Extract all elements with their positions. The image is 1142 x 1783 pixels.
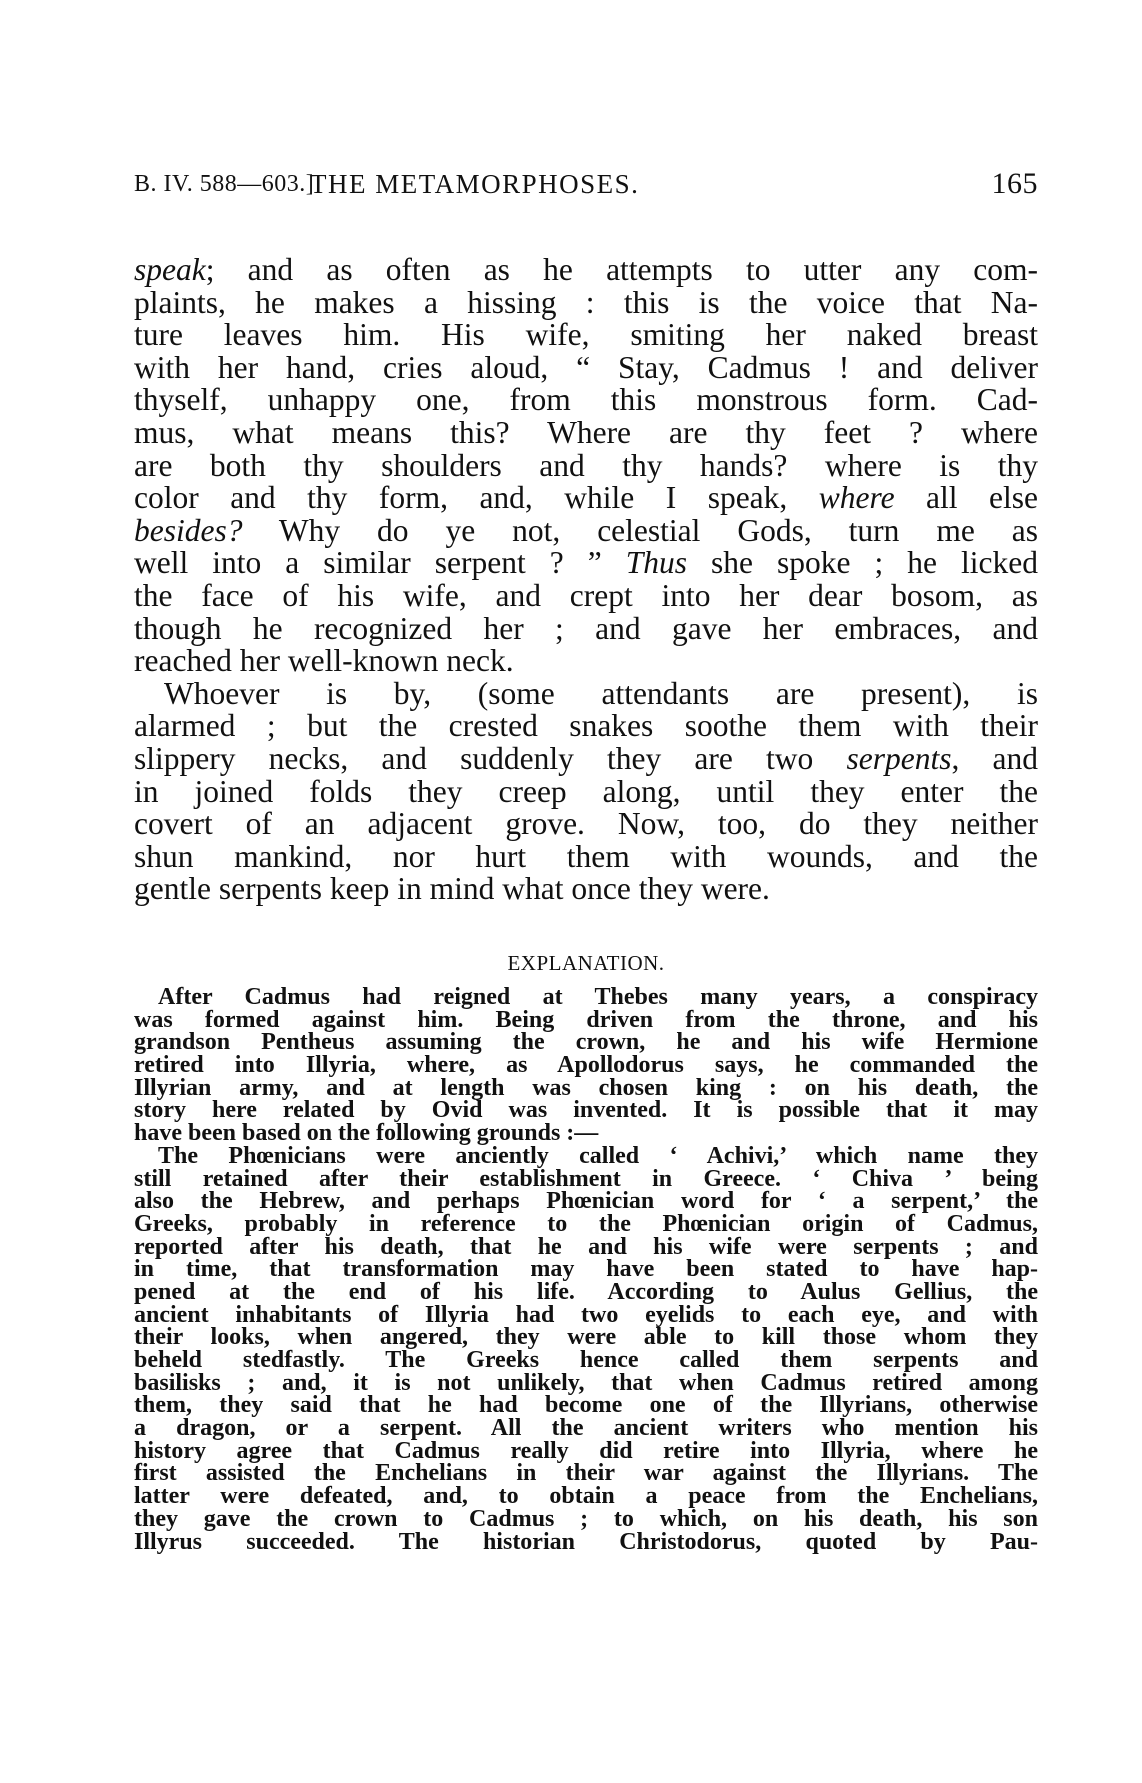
translation-text: speak; and as often as he attempts to ut… [134, 254, 1038, 906]
text-run: she spoke ; he licked [687, 545, 1038, 580]
text-line: have been based on the following grounds… [134, 1122, 1038, 1145]
text-run: mus, what means this? Where are thy feet… [134, 415, 1038, 450]
text-line: After Cadmus had reigned at Thebes many … [134, 986, 1038, 1009]
text-run: color and thy form, and, while I speak, [134, 480, 819, 515]
text-run: with her hand, cries aloud, “ Stay, Cadm… [134, 350, 1038, 385]
section-heading: EXPLANATION. [134, 949, 1038, 977]
text-run: alarmed ; but the crested snakes soothe … [134, 708, 1038, 743]
italic-text: besides? [134, 513, 242, 548]
italic-text: speak [134, 252, 206, 287]
text-run: ture leaves him. His wife, smiting her n… [134, 317, 1038, 352]
text-line: Illyrian army, and at length was chosen … [134, 1077, 1038, 1100]
text-run: reached her well-known neck. [134, 643, 514, 678]
text-line: though he recognized her ; and gave her … [134, 613, 1038, 646]
text-line: beheld stedfastly. The Greeks hence call… [134, 1349, 1038, 1372]
text-run: plaints, he makes a hissing : this is th… [134, 285, 1038, 320]
text-run: the face of his wife, and crept into her… [134, 578, 1038, 613]
text-line: grandson Pentheus assuming the crown, he… [134, 1031, 1038, 1054]
text-line: with her hand, cries aloud, “ Stay, Cadm… [134, 352, 1038, 385]
italic-text: serpents [846, 741, 951, 776]
book-line-reference: B. IV. 588—603.] [134, 164, 314, 204]
text-line: shun mankind, nor hurt them with wounds,… [134, 841, 1038, 874]
text-line: color and thy form, and, while I speak, … [134, 482, 1038, 515]
text-line: slippery necks, and suddenly they are tw… [134, 743, 1038, 776]
text-line: are both thy shoulders and thy hands? wh… [134, 450, 1038, 483]
text-line: ture leaves him. His wife, smiting her n… [134, 319, 1038, 352]
running-header: B. IV. 588—603.] THE METAMORPHOSES. 165 [134, 164, 1038, 204]
text-line: retired into Illyria, where, as Apollodo… [134, 1054, 1038, 1077]
text-run: gentle serpents keep in mind what once t… [134, 871, 770, 906]
italic-text: Thus [626, 545, 687, 580]
text-line: them, they said that he had become one o… [134, 1394, 1038, 1417]
running-title: THE METAMORPHOSES. [310, 164, 639, 204]
text-line: reached her well-known neck. [134, 645, 1038, 678]
text-run: covert of an adjacent grove. Now, too, d… [134, 806, 1038, 841]
text-line: plaints, he makes a hissing : this is th… [134, 287, 1038, 320]
text-line: first assisted the Enchelians in their w… [134, 1462, 1038, 1485]
text-line: well into a similar serpent ? ” Thus she… [134, 547, 1038, 580]
text-run: all else [895, 480, 1038, 515]
text-line: alarmed ; but the crested snakes soothe … [134, 710, 1038, 743]
text-run: ; and as often as he attempts to utter a… [206, 252, 1038, 287]
text-run: though he recognized her ; and gave her … [134, 611, 1038, 646]
text-run: shun mankind, nor hurt them with wounds,… [134, 839, 1038, 874]
text-line: pened at the end of his life. According … [134, 1281, 1038, 1304]
book-page: B. IV. 588—603.] THE METAMORPHOSES. 165 … [0, 0, 1142, 1783]
text-run: , and [951, 741, 1038, 776]
page-number: 165 [992, 164, 1039, 204]
text-line: Illyrus succeeded. The historian Christo… [134, 1531, 1038, 1554]
text-line: Greeks, probably in reference to the Phœ… [134, 1213, 1038, 1236]
text-run: thyself, unhappy one, from this monstrou… [134, 382, 1038, 417]
text-run: Why do ye not, celestial Gods, turn me a… [242, 513, 1038, 548]
text-run: are both thy shoulders and thy hands? wh… [134, 448, 1038, 483]
text-line: besides? Why do ye not, celestial Gods, … [134, 515, 1038, 548]
text-line: Whoever is by, (some attendants are pres… [134, 678, 1038, 711]
text-run: in joined folds they creep along, until … [134, 774, 1038, 809]
text-line: mus, what means this? Where are thy feet… [134, 417, 1038, 450]
text-line: in joined folds they creep along, until … [134, 776, 1038, 809]
text-line: reported after his death, that he and hi… [134, 1236, 1038, 1259]
text-line: basilisks ; and, it is not unlikely, tha… [134, 1372, 1038, 1395]
text-line: was formed against him. Being driven fro… [134, 1009, 1038, 1032]
text-line: thyself, unhappy one, from this monstrou… [134, 384, 1038, 417]
text-line: also the Hebrew, and perhaps Phœnician w… [134, 1190, 1038, 1213]
text-line: they gave the crown to Cadmus ; to which… [134, 1508, 1038, 1531]
text-line: latter were defeated, and, to obtain a p… [134, 1485, 1038, 1508]
italic-text: where [819, 480, 895, 515]
explanation-text: After Cadmus had reigned at Thebes many … [134, 986, 1038, 1553]
text-line: history agree that Cadmus really did ret… [134, 1440, 1038, 1463]
text-run: slippery necks, and suddenly they are tw… [134, 741, 846, 776]
text-line: still retained after their establishment… [134, 1168, 1038, 1191]
text-line: story here related by Ovid was invented.… [134, 1099, 1038, 1122]
text-line: in time, that transformation may have be… [134, 1258, 1038, 1281]
text-line: covert of an adjacent grove. Now, too, d… [134, 808, 1038, 841]
text-line: speak; and as often as he attempts to ut… [134, 254, 1038, 287]
text-line: the face of his wife, and crept into her… [134, 580, 1038, 613]
text-run: Whoever is by, (some attendants are pres… [164, 676, 1038, 711]
text-run: well into a similar serpent ? ” [134, 545, 626, 580]
text-line: their looks, when angered, they were abl… [134, 1326, 1038, 1349]
text-line: a dragon, or a serpent. All the ancient … [134, 1417, 1038, 1440]
text-line: The Phœnicians were anciently called ‘ A… [134, 1145, 1038, 1168]
text-line: gentle serpents keep in mind what once t… [134, 873, 1038, 906]
text-line: ancient inhabitants of Illyria had two e… [134, 1304, 1038, 1327]
